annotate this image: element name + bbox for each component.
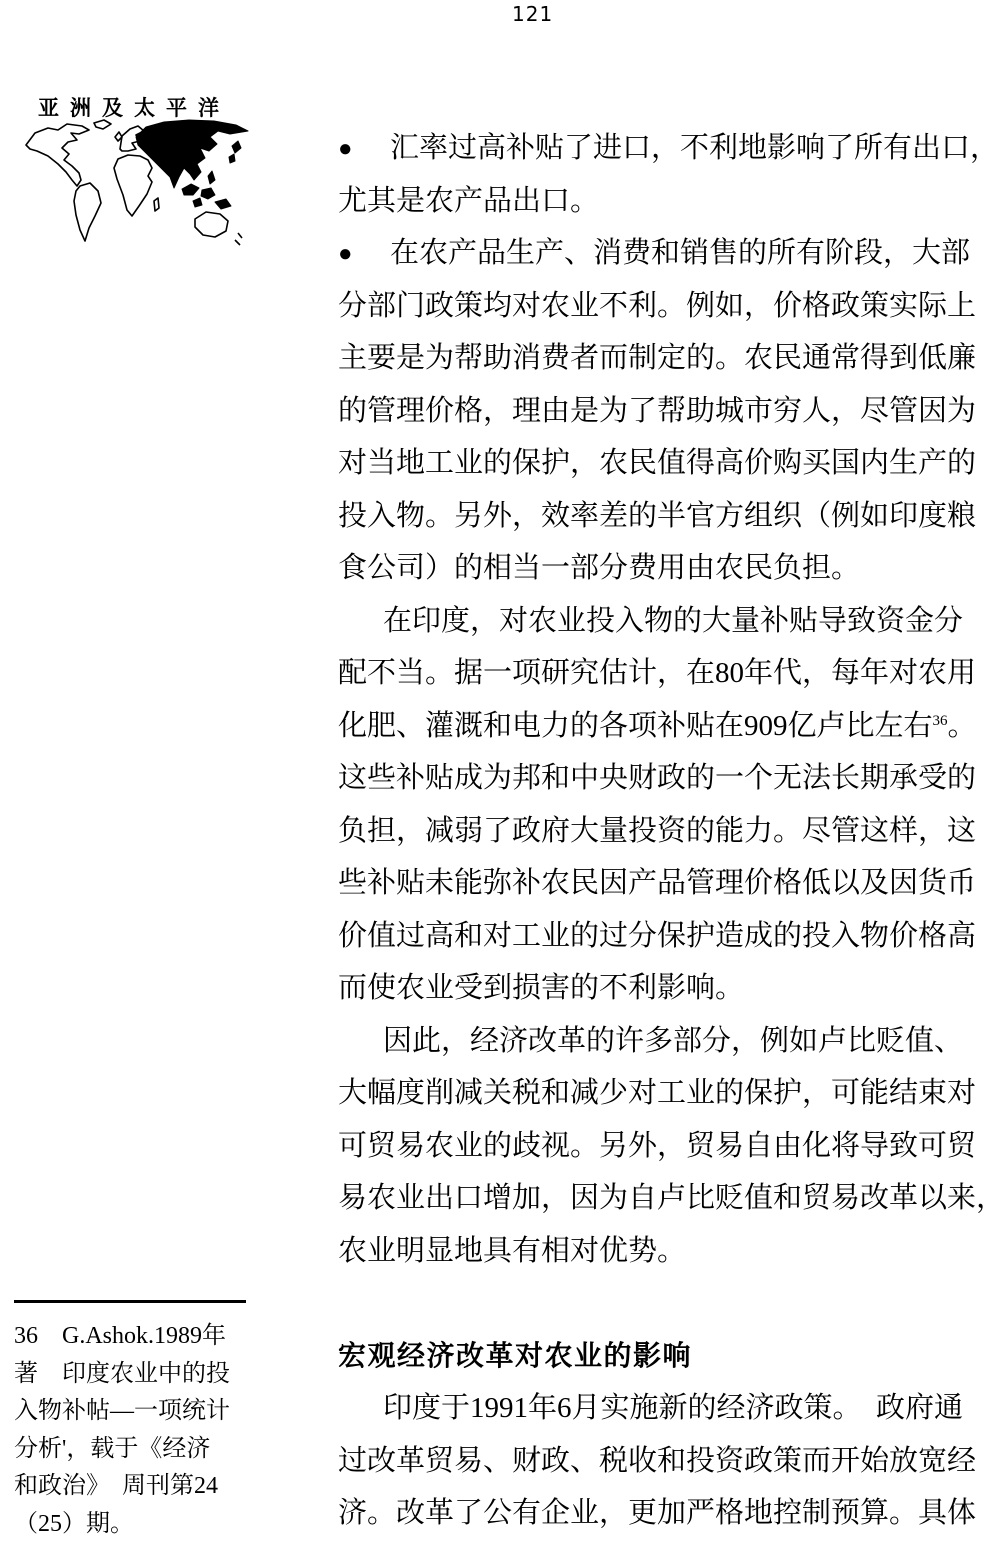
bullet-item-line: ●汇率过高补贴了进口，不利地影响了所有出口， [338,122,1000,175]
text-line: 在印度，对农业投入物的大量补贴导致资金分 [338,595,1000,648]
text-line: 可贸易农业的歧视。另外，贸易自由化将导致可贸 [338,1120,1000,1173]
bullet-icon: ● [338,228,390,281]
text-line: 价值过高和对工业的过分保护造成的投入物价格高 [338,910,1000,963]
text-line: 主要是为帮助消费者而制定的。农民通常得到低廉 [338,332,1000,385]
greenland-outline [94,120,111,129]
north-america-outline [26,124,89,186]
new-zealand-outline [235,233,242,245]
footnote-line: 分析'，载于《经济 [14,1431,258,1469]
text-line: 的管理价格，理由是为了帮助城市穷人，尽管因为 [338,385,1000,438]
text-line: 易农业出口增加，因为自卢比贬值和贸易改革以来， [338,1172,1000,1225]
madagascar-outline [154,198,159,211]
footnote-block: 36 G.Ashok.1989年 著 印度农业中的投 入物补帖—一项统计 分析'… [14,1300,258,1542]
text-line: 尤其是农产品出口。 [338,175,1000,228]
text-line: 印度于1991年6月实施新的经济政策。 政府通 [338,1382,1000,1435]
main-text-column: ●汇率过高补贴了进口，不利地影响了所有出口， 尤其是农产品出口。 ●在农产品生产… [338,122,1000,1540]
text-line: 大幅度削减关税和减少对工业的保护，可能结束对 [338,1067,1000,1120]
footnote-line: （25）期。 [14,1506,258,1542]
japan-filled [229,141,241,163]
section-heading: 宏观经济改革对农业的影响 [338,1330,1000,1383]
text-line: 投入物。另外，效率差的半官方组织（例如印度粮 [338,490,1000,543]
asia-filled [136,120,248,188]
footnote-line: 和政治》 周刊第24 [14,1468,258,1506]
footnote-rule [14,1300,246,1303]
africa-outline [114,155,152,216]
text-line: 农业明显地具有相对优势。 [338,1225,1000,1278]
text-line: 在农产品生产、消费和销售的所有阶段，大部 [390,237,970,269]
indonesia-filled [182,184,215,207]
text-line: 食公司）的相当一部分费用由农民负担。 [338,542,1000,595]
page-number: 121 [512,2,553,26]
text-line: 。 [948,710,977,742]
australia-outline [195,212,228,237]
text-line: 这些补贴成为邦和中央财政的一个无法长期承受的 [338,752,1000,805]
text-line: 分部门政策均对农业不利。例如，价格政策实际上 [338,280,1000,333]
footnote-line: 入物补帖—一项统计 [14,1393,258,1431]
footnote-line: 著 印度农业中的投 [14,1356,258,1394]
spacer [338,1277,1000,1330]
bullet-icon: ● [338,123,390,176]
text-line: 些补贴未能弥补农民因产品管理价格低以及因货币 [338,857,1000,910]
text-line: 因此，经济改革的许多部分，例如卢比贬值、 [338,1015,1000,1068]
text-line-with-footnote-ref: 化肥、灌溉和电力的各项补贴在909亿卢比左右36。 [338,700,1000,753]
asia-pacific-map [24,118,252,248]
text-line: 而使农业受到损害的不利影响。 [338,962,1000,1015]
text-line: 化肥、灌溉和电力的各项补贴在909亿卢比左右 [338,710,933,742]
text-line: 济。改革了公有企业，更加严格地控制预算。具体 [338,1487,1000,1540]
new-guinea-filled [215,199,231,209]
text-line: 配不当。据一项研究估计，在80年代，每年对农用 [338,647,1000,700]
philippines-filled [208,171,215,184]
text-line: 对当地工业的保护，农民值得高价购买国内生产的 [338,437,1000,490]
footnote-superscript: 36 [933,713,948,729]
footnote-line: 36 G.Ashok.1989年 [14,1318,258,1356]
text-line: 负担，减弱了政府大量投资的能力。尽管这样，这 [338,805,1000,858]
text-line: 过改革贸易、财政、税收和投资政策而开始放宽经 [338,1435,1000,1488]
text-line: 汇率过高补贴了进口，不利地影响了所有出口， [390,132,999,164]
bullet-item-line: ●在农产品生产、消费和销售的所有阶段，大部 [338,227,1000,280]
south-america-outline [74,183,101,241]
